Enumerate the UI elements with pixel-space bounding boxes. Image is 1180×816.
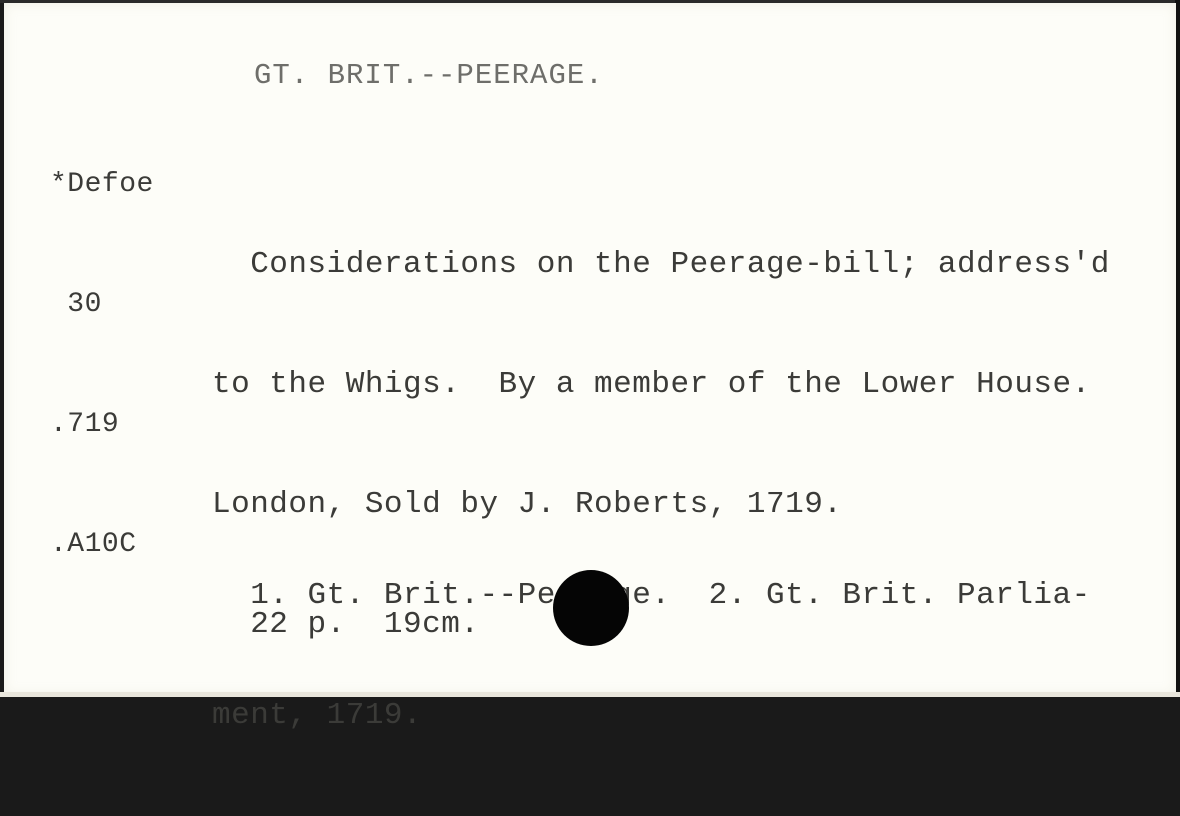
call-number-line: 30: [50, 285, 154, 325]
scan-frame-bottom: [0, 692, 1180, 697]
punch-hole-icon: [553, 570, 629, 646]
catalog-card: GT. BRIT.--PEERAGE. *Defoe 30 .719 .A10C…: [4, 3, 1176, 695]
title-line: Considerations on the Peerage-bill; addr…: [212, 245, 1110, 285]
subject-heading: GT. BRIT.--PEERAGE.: [254, 56, 604, 96]
call-number: *Defoe 30 .719 .A10C: [50, 85, 154, 645]
call-number-line: .A10C: [50, 525, 154, 565]
tracing-line: 1. Gt. Brit.--Peerage. 2. Gt. Brit. Parl…: [212, 576, 1091, 616]
subject-tracings: 1. Gt. Brit.--Peerage. 2. Gt. Brit. Parl…: [212, 496, 1091, 697]
call-number-line: *Defoe: [50, 165, 154, 205]
title-line: to the Whigs. By a member of the Lower H…: [212, 365, 1110, 405]
call-number-line: .719: [50, 405, 154, 445]
